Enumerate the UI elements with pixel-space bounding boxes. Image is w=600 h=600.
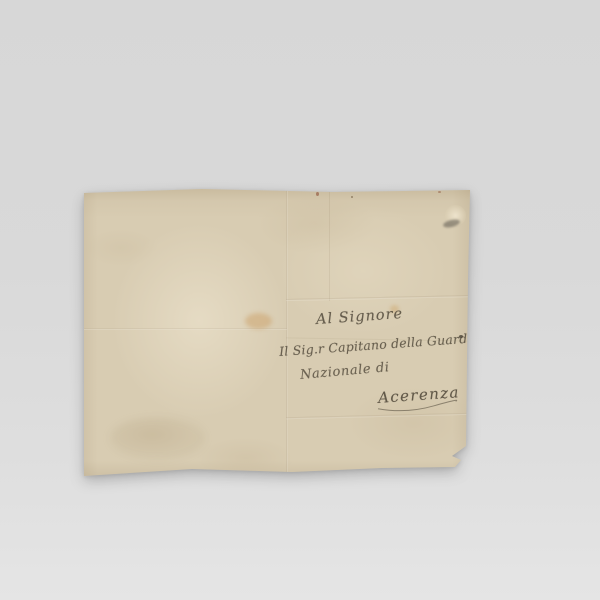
foxing-stain-center xyxy=(245,313,272,329)
fold-crease-panel-top xyxy=(286,295,472,301)
fold-crease-vertical xyxy=(286,189,288,481)
fold-crease-vertical-faint xyxy=(329,189,330,301)
letter-document: Al Signore Il Sig.r Capitano della Guard… xyxy=(82,189,472,481)
edge-speck xyxy=(316,192,319,196)
edge-speck xyxy=(438,191,441,193)
edge-speck xyxy=(351,196,353,198)
photo-background: Al Signore Il Sig.r Capitano della Guard… xyxy=(0,0,600,600)
bottom-left-smudge xyxy=(110,417,205,459)
paper-sheet: Al Signore Il Sig.r Capitano della Guard… xyxy=(82,189,472,481)
address-line-recipient: Al Signore xyxy=(316,306,404,328)
address-line-title: Il Sig.r Capitano della Guardia xyxy=(279,330,480,359)
address-line-organization: Nazionale di xyxy=(300,360,391,383)
